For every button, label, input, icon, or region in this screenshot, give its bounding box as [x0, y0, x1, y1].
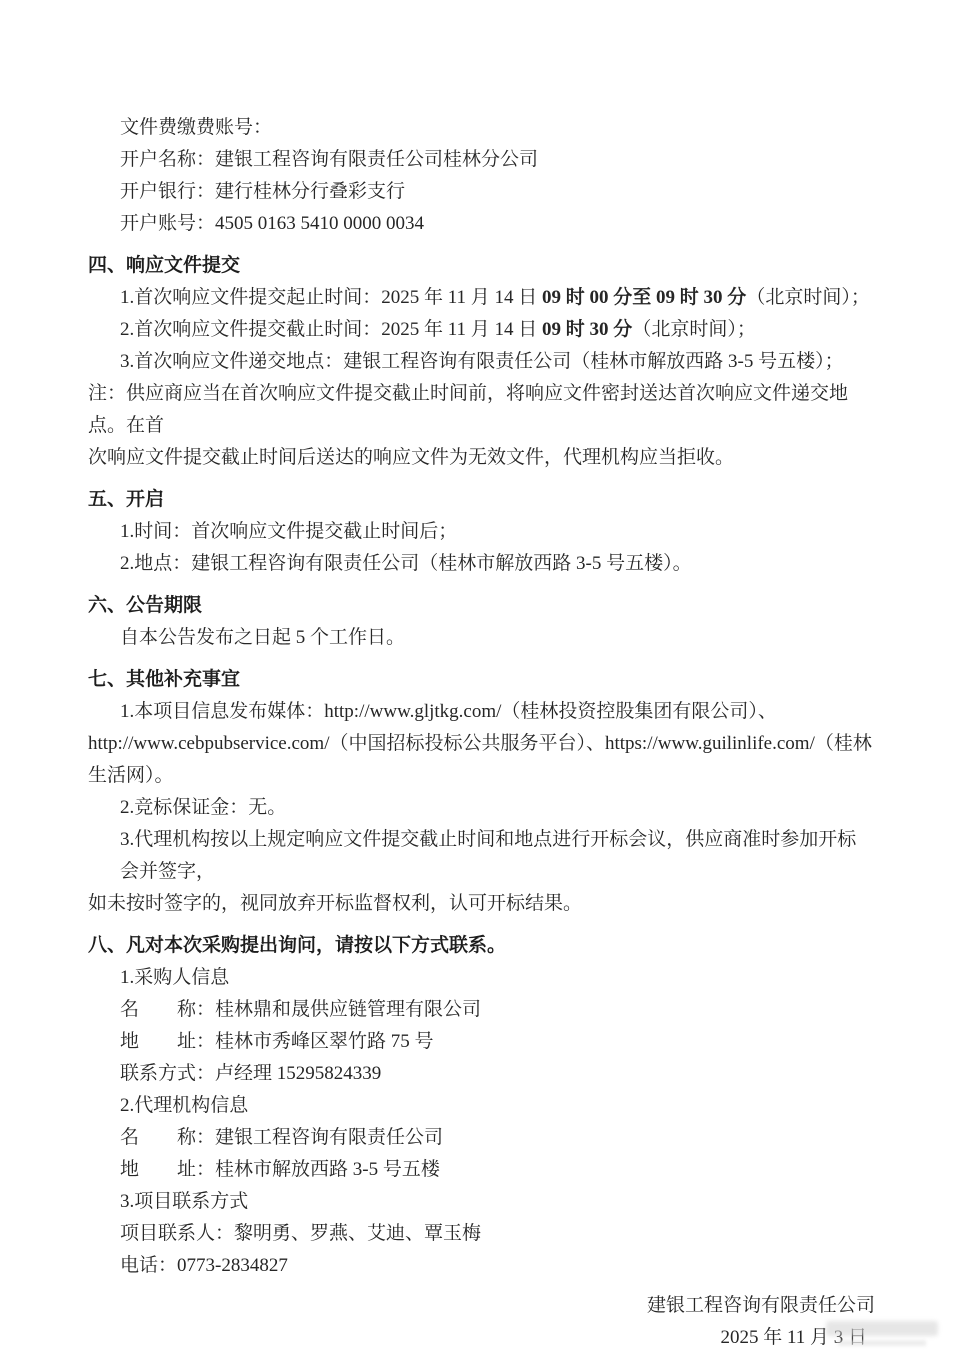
submission-deadline-text: 2.首次响应文件提交截止时间：2025 年 11 月 14 日: [120, 319, 542, 340]
agency-name: 名 称：建银工程咨询有限责任公司: [88, 1122, 875, 1154]
purchaser-address: 地 址：桂林市秀峰区翠竹路 75 号: [88, 1026, 875, 1058]
section-4-heading: 四、响应文件提交: [88, 250, 875, 282]
section-7-item-2: 2.竞标保证金：无。: [88, 792, 875, 824]
section-7-item-1-line-2: http://www.cebpubservice.com/（中国招标投标公共服务…: [88, 728, 875, 760]
signature-block: 建银工程咨询有限责任公司 2025 年 11 月 3 日: [88, 1290, 875, 1354]
payment-account-label: 文件费缴费账号：: [88, 112, 875, 144]
section-4-note-line-1: 注：供应商应当在首次响应文件提交截止时间前，将响应文件密封送达首次响应文件递交地…: [88, 378, 875, 442]
section-5-item-2: 2.地点：建银工程咨询有限责任公司（桂林市解放西路 3-5 号五楼）。: [88, 548, 875, 580]
agency-info-title: 2.代理机构信息: [88, 1090, 875, 1122]
section-5-item-1: 1.时间：首次响应文件提交截止时间后；: [88, 516, 875, 548]
section-7-item-1-line-3: 生活网）。: [88, 760, 875, 792]
purchaser-name: 名 称：桂林鼎和晟供应链管理有限公司: [88, 994, 875, 1026]
payment-account-name: 开户名称：建银工程咨询有限责任公司桂林分公司: [88, 144, 875, 176]
watermark-logo: [826, 1321, 938, 1346]
document-page: 文件费缴费账号： 开户名称：建银工程咨询有限责任公司桂林分公司 开户银行：建行桂…: [0, 0, 960, 1358]
watermark-mark: [826, 1321, 938, 1336]
purchaser-info-title: 1.采购人信息: [88, 962, 875, 994]
section-4-item-1: 1.首次响应文件提交起止时间：2025 年 11 月 14 日 09 时 00 …: [88, 282, 875, 314]
submission-start-time-suffix: （北京时间）；: [746, 287, 870, 308]
section-7-item-3-line-2: 如未按时签字的，视同放弃开标监督权利，认可开标结果。: [88, 888, 875, 920]
payment-account-number: 开户账号：4505 0163 5410 0000 0034: [88, 208, 875, 240]
signature-date: 2025 年 11 月 3 日: [88, 1322, 875, 1354]
section-6-body: 自本公告发布之日起 5 个工作日。: [88, 622, 875, 654]
project-contacts: 项目联系人：黎明勇、罗燕、艾迪、覃玉梅: [88, 1218, 875, 1250]
section-8-heading: 八、凡对本次采购提出询问，请按以下方式联系。: [88, 930, 875, 962]
signature-company: 建银工程咨询有限责任公司: [88, 1290, 875, 1322]
submission-deadline-suffix: （北京时间）；: [632, 319, 756, 340]
section-4-item-3: 3.首次响应文件递交地点：建银工程咨询有限责任公司（桂林市解放西路 3-5 号五…: [88, 346, 875, 378]
section-5-heading: 五、开启: [88, 484, 875, 516]
submission-deadline-bold: 09 时 30 分: [542, 319, 632, 340]
section-4-note-line-2: 次响应文件提交截止时间后送达的响应文件为无效文件，代理机构应当拒收。: [88, 442, 875, 474]
project-contact-title: 3.项目联系方式: [88, 1186, 875, 1218]
purchaser-contact: 联系方式：卢经理 15295824339: [88, 1058, 875, 1090]
submission-start-time-bold: 09 时 00 分至 09 时 30 分: [542, 287, 746, 308]
section-7-item-3-line-1: 3.代理机构按以上规定响应文件提交截止时间和地点进行开标会议，供应商准时参加开标…: [88, 824, 875, 888]
section-7-heading: 七、其他补充事宜: [88, 664, 875, 696]
agency-address: 地 址：桂林市解放西路 3-5 号五楼: [88, 1154, 875, 1186]
project-phone: 电话：0773-2834827: [88, 1250, 875, 1282]
section-6-heading: 六、公告期限: [88, 590, 875, 622]
submission-start-time-text: 1.首次响应文件提交起止时间：2025 年 11 月 14 日: [120, 287, 542, 308]
document-content: 文件费缴费账号： 开户名称：建银工程咨询有限责任公司桂林分公司 开户银行：建行桂…: [0, 0, 960, 1354]
watermark-subtext: [838, 1340, 925, 1346]
payment-bank: 开户银行：建行桂林分行叠彩支行: [88, 176, 875, 208]
section-4-item-2: 2.首次响应文件提交截止时间：2025 年 11 月 14 日 09 时 30 …: [88, 314, 875, 346]
section-7-item-1-line-1: 1.本项目信息发布媒体：http://www.gljtkg.com/（桂林投资控…: [88, 696, 875, 728]
